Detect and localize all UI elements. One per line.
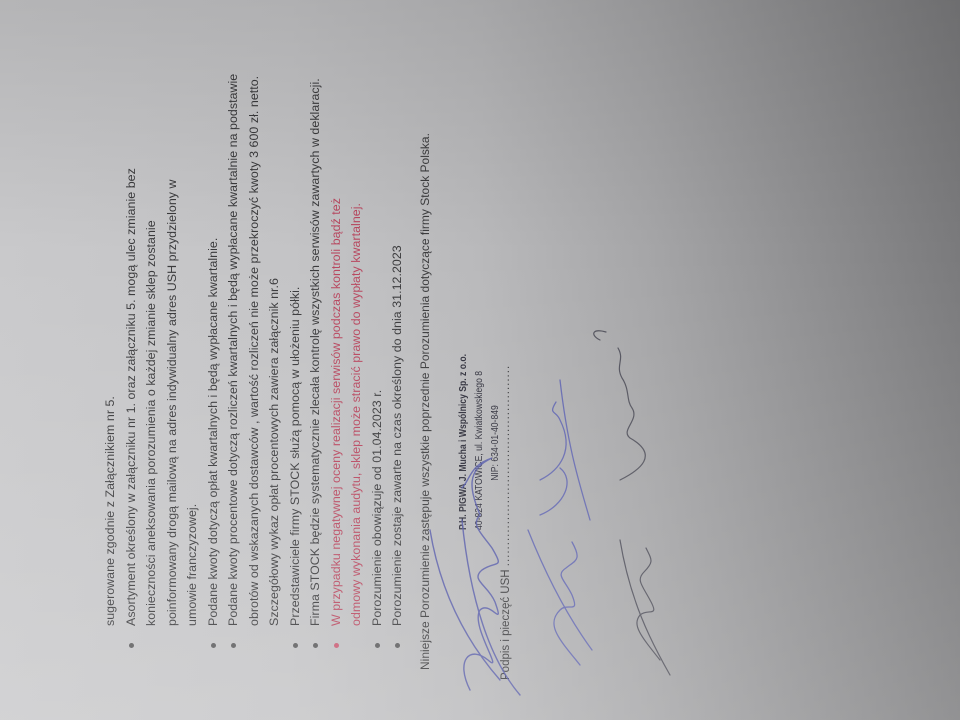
- bullet-icon: [395, 643, 400, 648]
- stamp-company-name: P.H. PIGWA J. Mucha i Wspólnicy Sp. z o.…: [455, 354, 471, 530]
- bullet-item: Podane kwoty procentowe dotyczą rozlicze…: [223, 14, 244, 654]
- bullet-text: Asortyment określony w załączniku nr 1. …: [124, 168, 138, 626]
- bullet-text: umowie franczyzowej.: [185, 504, 199, 626]
- bullet-text: Szczegółowy wykaz opłat procentowych zaw…: [267, 278, 281, 626]
- bullet-item: Porozumienie obowiązuje od 01.04.2023 r.: [367, 14, 388, 654]
- bullet-text: obrotów od wskazanych dostawców , wartoś…: [247, 76, 261, 626]
- bullet-text: Przedstawiciele firmy STOCK służą pomocą…: [288, 287, 302, 626]
- bullet-icon: [334, 643, 339, 648]
- bullet-icon: [313, 643, 318, 648]
- closing-statement: Niniejsze Porozumienie zastępuje wszystk…: [418, 133, 432, 670]
- bullet-icon: [231, 643, 236, 648]
- bullet-item: Firma STOCK będzie systematycznie zlecał…: [305, 14, 326, 654]
- signature-3: [594, 331, 670, 675]
- stamp-address: 40-824 KATOWICE, ul. Kwiatkowskiego 8: [471, 354, 487, 530]
- document-page: sugerowane zgodnie z Załącznikiem nr 5.A…: [0, 0, 960, 720]
- company-stamp: P.H. PIGWA J. Mucha i Wspólnicy Sp. z o.…: [455, 354, 503, 530]
- bullet-item: Podane kwoty dotyczą opłat kwartalnych i…: [203, 14, 224, 654]
- signature-label: Podpis i pieczęć USH: [500, 569, 512, 680]
- bullet-item: Asortyment określony w załączniku nr 1. …: [121, 14, 142, 654]
- bullet-text: Firma STOCK będzie systematycznie zlecał…: [308, 78, 322, 626]
- bullet-icon: [211, 643, 216, 648]
- bullet-text: Podane kwoty dotyczą opłat kwartalnych i…: [206, 238, 220, 626]
- continuation-line: sugerowane zgodnie z Załącznikiem nr 5.: [100, 14, 121, 654]
- bullet-item: Przedstawiciele firmy STOCK służą pomocą…: [285, 14, 306, 654]
- bullet-item: W przypadku negatywnej oceny realizacji …: [326, 14, 347, 654]
- bullet-text: W przypadku negatywnej oceny realizacji …: [329, 198, 343, 626]
- signature-2: [528, 380, 592, 665]
- bullet-icon: [129, 643, 134, 648]
- bullet-item-continuation: odmowy wykonania audytu, sklep może stra…: [346, 14, 367, 654]
- stamp-nip: NIP: 634-01-40-849: [487, 354, 503, 530]
- bullet-item: Porozumienie zostaje zawarte na czas okr…: [387, 14, 408, 654]
- bullet-item-continuation: konieczności aneksowania porozumienia o …: [141, 14, 162, 654]
- bullet-text: konieczności aneksowania porozumienia o …: [144, 220, 158, 626]
- bullet-text: Podane kwoty procentowe dotyczą rozlicze…: [226, 74, 240, 626]
- bullet-icon: [375, 643, 380, 648]
- bullet-item-continuation: poinformowany drogą mailową na adres ind…: [162, 14, 183, 654]
- bullet-text: Porozumienie obowiązuje od 01.04.2023 r.: [370, 390, 384, 626]
- bullet-text: poinformowany drogą mailową na adres ind…: [165, 179, 179, 626]
- bullet-item-continuation: Szczegółowy wykaz opłat procentowych zaw…: [264, 14, 285, 654]
- document-body: sugerowane zgodnie z Załącznikiem nr 5.A…: [100, 14, 408, 654]
- bullet-text: Porozumienie zostaje zawarte na czas okr…: [390, 245, 404, 626]
- bullet-item-continuation: obrotów od wskazanych dostawców , wartoś…: [244, 14, 265, 654]
- bullet-text: odmowy wykonania audytu, sklep może stra…: [349, 203, 363, 626]
- bullet-icon: [293, 643, 298, 648]
- bullet-item-continuation: umowie franczyzowej.: [182, 14, 203, 654]
